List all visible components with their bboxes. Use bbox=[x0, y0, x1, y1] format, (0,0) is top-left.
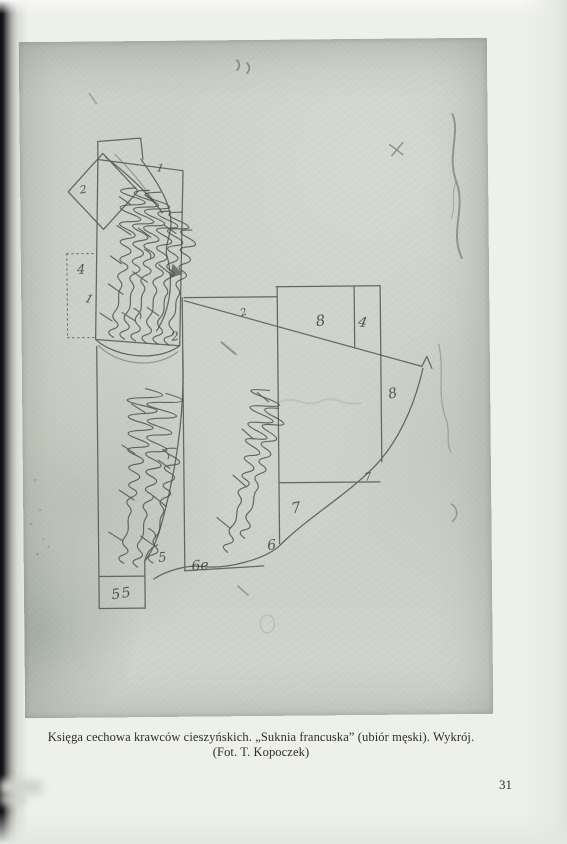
page-smudge bbox=[0, 796, 26, 804]
pattern-label-7-big: 7 bbox=[290, 498, 303, 518]
ink-mark bbox=[237, 60, 249, 73]
crease-right bbox=[439, 344, 451, 452]
page-smudge bbox=[0, 780, 42, 794]
pattern-label-8-panel: 8 bbox=[314, 311, 326, 330]
pattern-label-6e: 6e bbox=[191, 557, 209, 574]
caption-line-2: (Fot. T. Kopoczek) bbox=[0, 745, 532, 760]
pattern-label-6: 6 bbox=[266, 537, 277, 554]
handwriting bbox=[95, 184, 288, 571]
junction-tick bbox=[222, 342, 236, 354]
body-panel-right-edge bbox=[277, 287, 279, 544]
pattern-label-diagonal-2: 2 bbox=[238, 307, 248, 320]
pattern-label-junction-2: 2 bbox=[170, 329, 180, 344]
top-small-rect bbox=[98, 138, 143, 159]
pattern-label-diamond: 2 bbox=[78, 183, 88, 197]
pattern-label-5: 5 bbox=[158, 550, 168, 566]
pattern-drawing: 2 1 4 1 2 2 5 55 6e 6 7 7 8 4 8 bbox=[19, 38, 493, 718]
pattern-labels: 2 1 4 1 2 2 5 55 6e 6 7 7 8 4 8 bbox=[75, 159, 401, 604]
pattern-label-4-panel: 4 bbox=[356, 314, 368, 331]
waistline bbox=[184, 297, 276, 298]
body-panel-left-edge bbox=[182, 298, 185, 571]
pattern-label-7-small: 7 bbox=[364, 470, 373, 484]
book-page: { "document": { "caption": { "line1": "K… bbox=[0, 0, 567, 844]
crease-top-right bbox=[452, 114, 462, 258]
long-diagonal bbox=[184, 298, 422, 368]
left-vertical-edge bbox=[97, 347, 100, 609]
pattern-label-collar: 1 bbox=[155, 161, 164, 175]
page-edge-right bbox=[522, 0, 567, 844]
pattern-label-55: 55 bbox=[110, 584, 133, 603]
figure-caption: Księga cechowa krawców cieszyńskich. „Su… bbox=[0, 730, 532, 760]
photograph-tailor-pattern: 2 1 4 1 2 2 5 55 6e 6 7 7 8 4 8 bbox=[19, 38, 493, 718]
speckles bbox=[30, 479, 50, 556]
diamond-gusset bbox=[68, 153, 139, 230]
page-edge-bottom bbox=[0, 812, 567, 844]
skirt-piece-curve bbox=[143, 351, 185, 561]
pattern-label-8-flare: 8 bbox=[387, 385, 399, 403]
caption-line-1: Księga cechowa krawców cieszyńskich. „Su… bbox=[0, 730, 532, 745]
page-edge-top bbox=[0, 0, 567, 14]
cross-mark bbox=[390, 143, 403, 156]
pattern-label-left-4: 4 bbox=[76, 263, 85, 278]
page-number: 31 bbox=[499, 777, 512, 793]
pattern-label-left-1: 1 bbox=[83, 291, 94, 307]
photo-defects bbox=[26, 58, 466, 635]
